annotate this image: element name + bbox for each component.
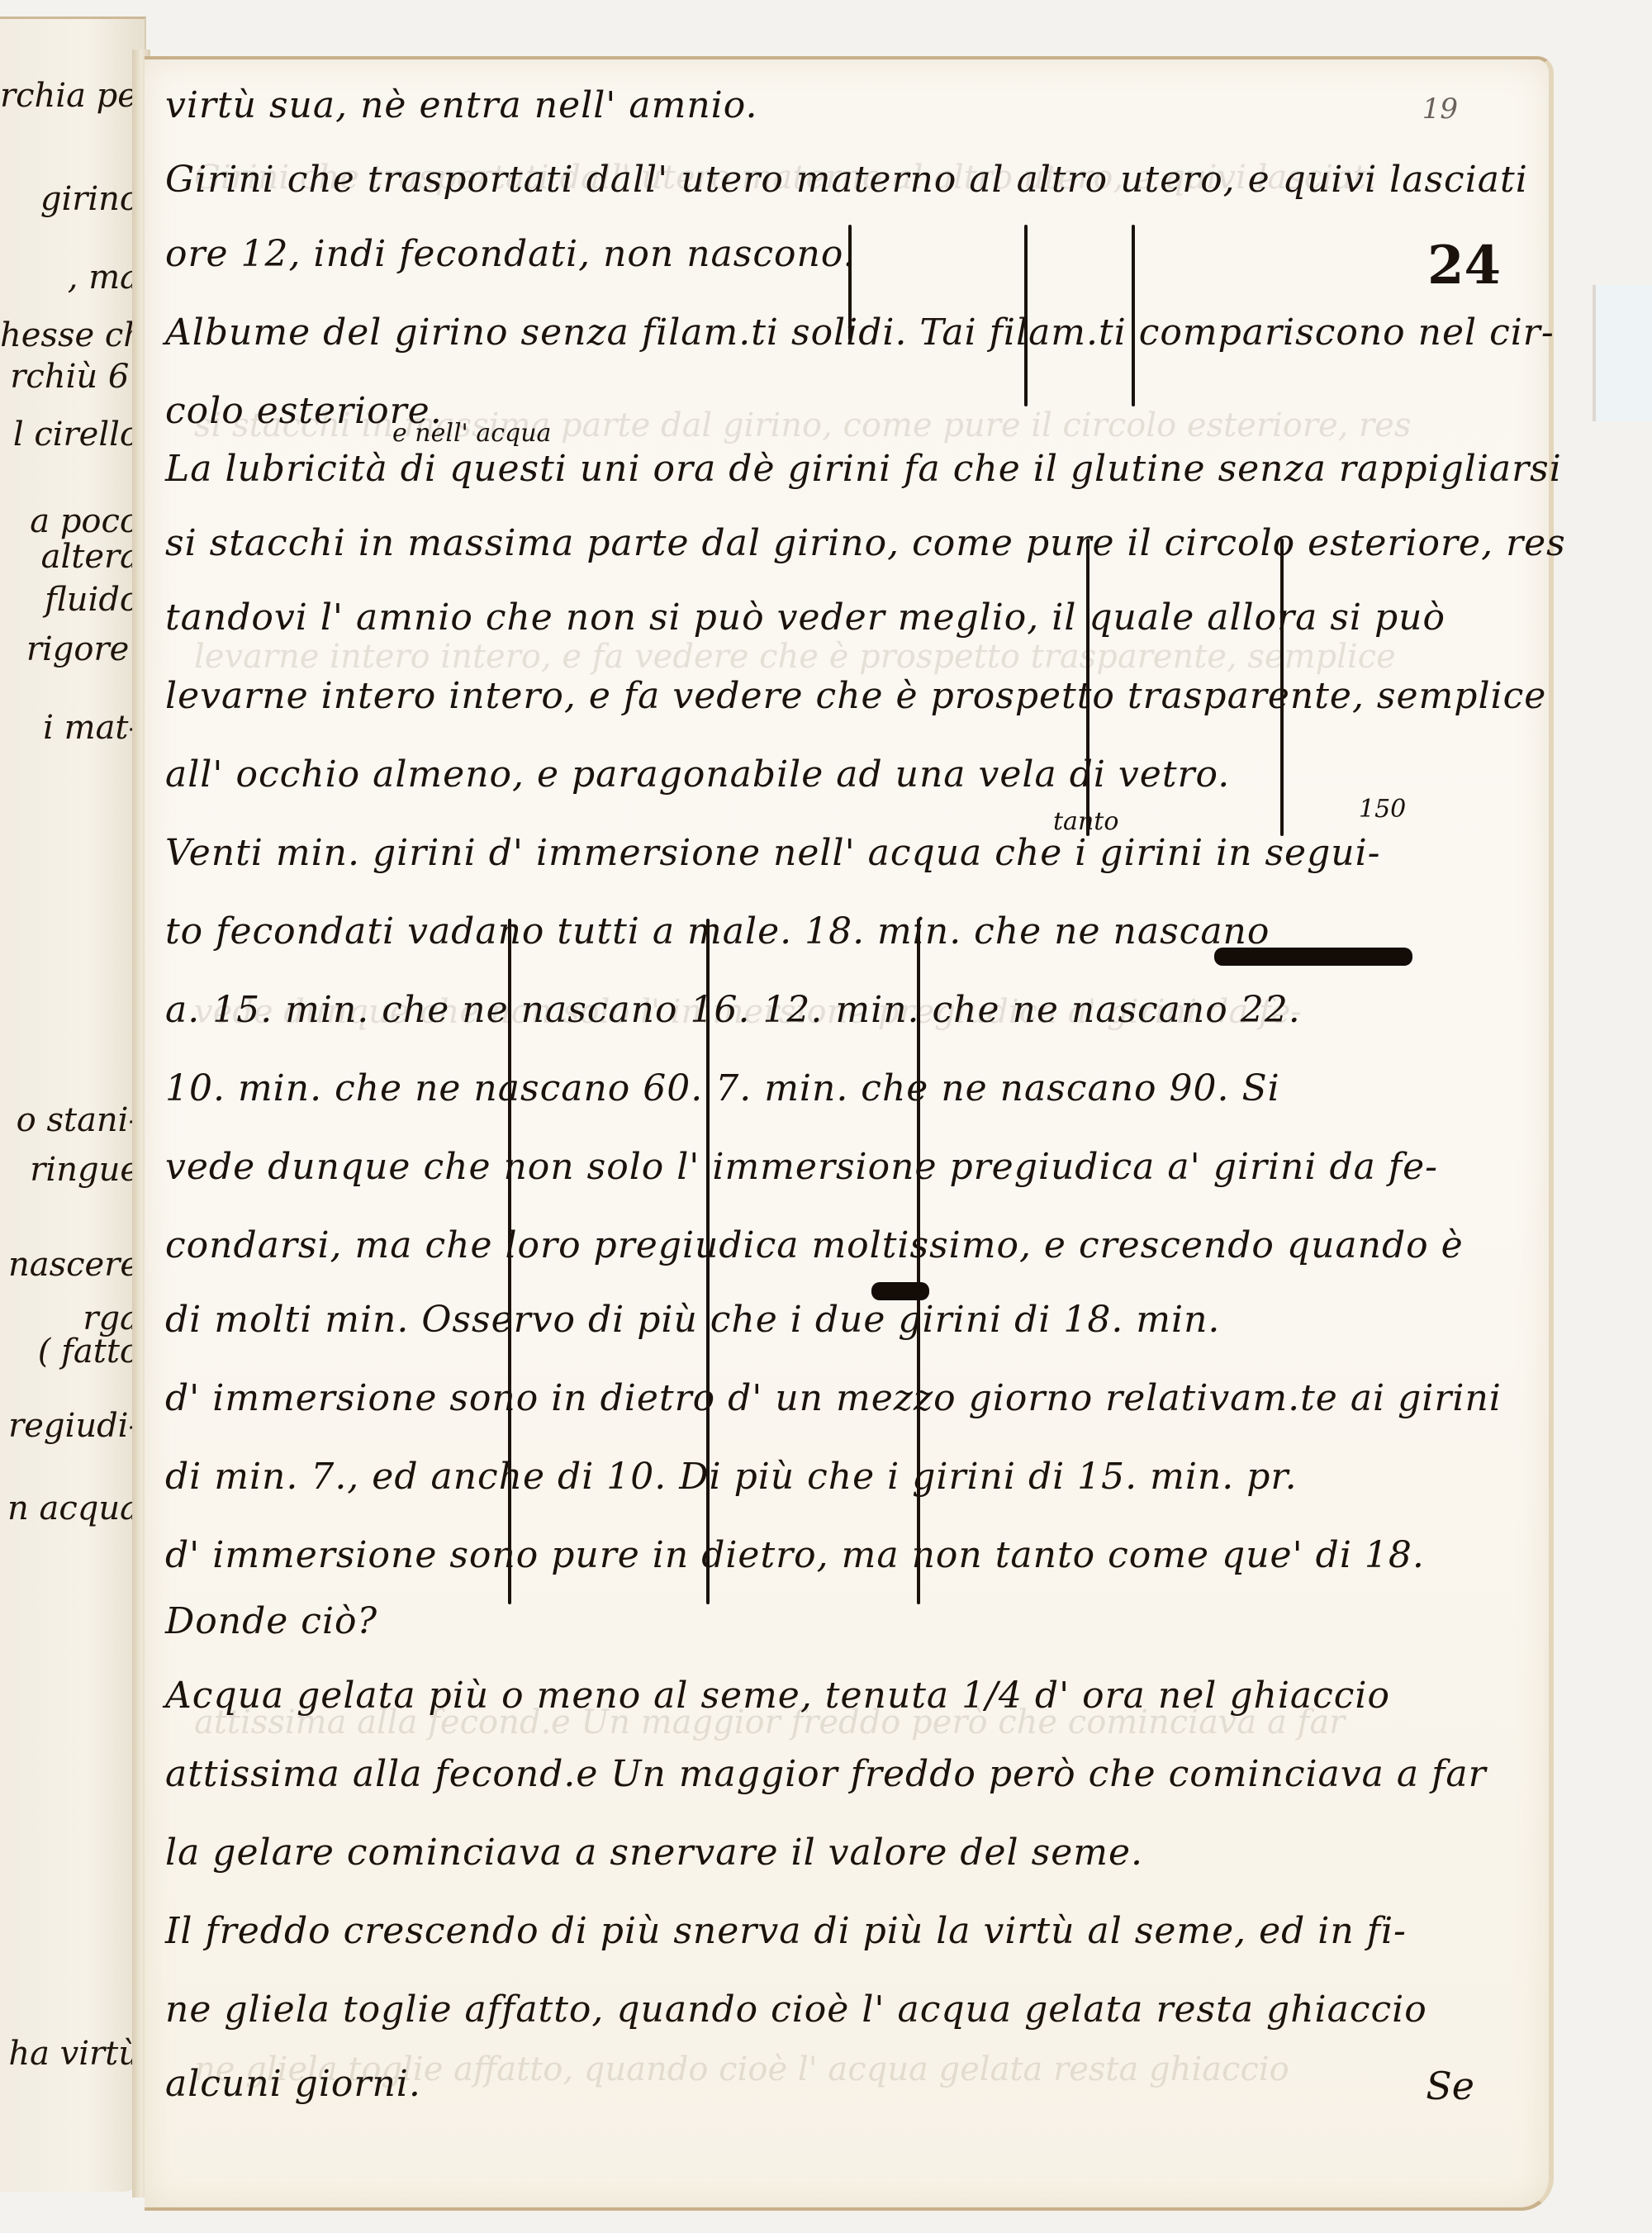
left-fragment: hesse che: [0, 316, 145, 354]
left-fragment: fluido: [0, 581, 145, 619]
text-line: Venti min. girini d' immersione nell' ac…: [165, 832, 1524, 874]
left-fragment: rchia per: [0, 77, 145, 115]
interlinear-note: 150: [1359, 795, 1406, 824]
manuscript-page: 19 24 Girini che trasportati dall' utero…: [145, 56, 1554, 2211]
text-line: to fecondati vadano tutti a male. 18. mi…: [165, 910, 1524, 953]
left-fragment: regiudi-: [0, 1407, 145, 1445]
text-line: levarne intero intero, e fa vedere che è…: [165, 675, 1524, 717]
text-line: La lubricità di questi uni ora dè girini…: [165, 448, 1524, 490]
text-line: ore 12, indi fecondati, non nascono.: [165, 233, 1524, 275]
text-line: Acqua gelata più o meno al seme, tenuta …: [165, 1675, 1524, 1717]
ink-strikeout: [871, 1282, 929, 1300]
left-fragment: rchiù 6.: [0, 358, 145, 396]
text-line: d' immersione sono pure in dietro, ma no…: [165, 1534, 1524, 1576]
left-fragment: nascere: [0, 1246, 145, 1284]
facing-left-page: rchia per girino , ma hesse che rchiù 6.…: [0, 17, 146, 2192]
text-line: colo esteriore.: [165, 390, 1524, 432]
left-fragment: girino: [0, 180, 145, 218]
catchword: Se: [1426, 2064, 1474, 2108]
text-line: d' immersione sono in dietro d' un mezzo…: [165, 1377, 1524, 1419]
text-line: attissima alla fecond.e Un maggior fredd…: [165, 1753, 1524, 1795]
left-fragment: i mat-: [0, 709, 145, 747]
text-line: 10. min. che ne nascano 60. 7. min. che …: [165, 1067, 1524, 1109]
text-line: di molti min. Osservo di più che i due g…: [165, 1299, 1524, 1341]
text-line: tandovi l' amnio che non si può veder me…: [165, 596, 1524, 639]
left-fragment: , ma: [0, 259, 145, 297]
left-fragment: rigore.: [0, 630, 145, 668]
text-line: all' occhio almeno, e paragonabile ad un…: [165, 753, 1524, 796]
text-line: vede dunque che non solo l' immersione p…: [165, 1146, 1524, 1188]
text-line: virtù sua, nè entra nell' amnio.: [165, 84, 1524, 126]
text-line: Il freddo crescendo di più snerva di più…: [165, 1910, 1524, 1952]
text-line: Girini che trasportati dall' utero mater…: [165, 159, 1524, 201]
text-line: ne gliela toglie affatto, quando cioè l'…: [165, 1988, 1524, 2031]
text-line: di min. 7., ed anche di 10. Di più che i…: [165, 1456, 1524, 1498]
left-fragment: l cirello: [0, 416, 145, 454]
text-line: la gelare cominciava a snervare il valor…: [165, 1832, 1524, 1874]
text-line: alcuni giorni.: [165, 2063, 1524, 2105]
text-line: Donde ciò?: [165, 1600, 1524, 1642]
left-fragment: o stani-: [0, 1101, 145, 1139]
text-line: Albume del girino senza filam.ti solidi.…: [165, 311, 1524, 354]
text-line: si stacchi in massima parte dal girino, …: [165, 522, 1524, 564]
left-fragment: ( fatto: [0, 1333, 145, 1371]
bleed-through: levarne intero intero, e fa vedere che è…: [145, 638, 1549, 676]
text-line: condarsi, ma che loro pregiudica moltiss…: [165, 1224, 1524, 1266]
left-fragment: a poco: [0, 502, 145, 540]
archive-tab-marker: [1593, 285, 1652, 421]
left-fragment: altera: [0, 538, 145, 576]
left-fragment: n acqua: [0, 1489, 145, 1527]
left-fragment: ha virtù: [0, 2035, 145, 2073]
text-line: a. 15. min. che ne nascano 16. 12. min. …: [165, 989, 1524, 1031]
left-fragment: ringue: [0, 1151, 145, 1189]
